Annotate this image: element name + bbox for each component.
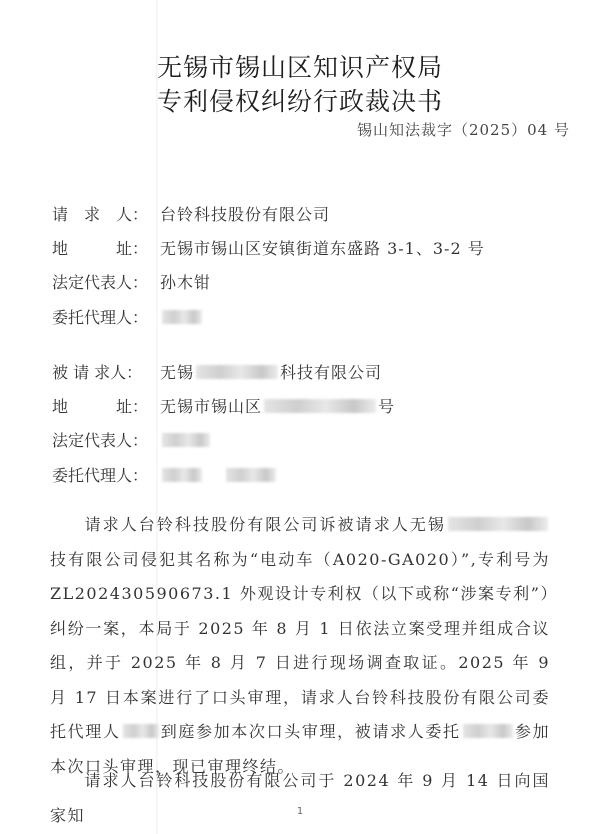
respondent-name-prefix: 无锡	[160, 363, 194, 382]
requester-address: 无锡市锡山区安镇街道东盛路 3-1、3-2 号	[160, 239, 485, 258]
requester-address-label: 地 址：	[52, 236, 160, 259]
respondent-name-row: 被 请 求人：无锡科技有限公司	[52, 360, 382, 383]
redaction-block	[448, 517, 548, 531]
page-number: 1	[0, 806, 600, 817]
case-summary-paragraph: 请求人台铃科技股份有限公司诉被请求人无锡技有限公司侵犯其名称为“电动车（A020…	[50, 508, 550, 784]
redaction-block	[162, 433, 210, 447]
requester-name: 台铃科技股份有限公司	[160, 205, 330, 224]
redaction-block	[226, 468, 276, 482]
requester-name-row: 请 求 人：台铃科技股份有限公司	[52, 202, 330, 225]
requester-legal-rep: 孙木钳	[160, 273, 211, 292]
respondent-address-label: 地 址：	[52, 394, 160, 417]
requester-agent-label: 委托代理人：	[52, 305, 160, 328]
requester-legal-rep-label: 法定代表人：	[52, 270, 160, 293]
document-title-type: 专利侵权纠纷行政裁决书	[0, 82, 600, 118]
document-title-agency: 无锡市锡山区知识产权局	[0, 48, 600, 84]
requester-address-row: 地 址：无锡市锡山区安镇街道东盛路 3-1、3-2 号	[52, 236, 485, 259]
redaction-block	[123, 724, 159, 738]
requester-name-label: 请 求 人：	[52, 202, 160, 225]
respondent-address-row: 地 址：无锡市锡山区号	[52, 394, 395, 417]
paragraph-text: 技有限公司侵犯其名称为“电动车（A020-GA020）”,专利号为 ZL2024…	[50, 550, 550, 742]
respondent-name-suffix: 科技有限公司	[280, 363, 382, 382]
redaction-block	[162, 310, 202, 324]
redaction-block	[463, 724, 513, 738]
respondent-address-prefix: 无锡市锡山区	[160, 397, 262, 416]
respondent-legal-rep-row: 法定代表人：	[52, 428, 212, 451]
paragraph-text: 请求人台铃科技股份有限公司诉被请求人无锡	[84, 515, 446, 534]
background-paragraph: 请求人台铃科技股份有限公司于 2024 年 9 月 14 日向国家知	[50, 764, 550, 833]
redaction-block	[196, 365, 278, 379]
paragraph-text: 到庭参加本次口头审理，被请求人委托	[161, 722, 461, 741]
redaction-block	[264, 399, 376, 413]
requester-legal-rep-row: 法定代表人：孙木钳	[52, 270, 211, 293]
document-number: 锡山知法裁字（2025）04 号	[357, 119, 570, 140]
requester-agent-row: 委托代理人：	[52, 305, 204, 328]
respondent-legal-rep-label: 法定代表人：	[52, 428, 160, 451]
respondent-agent-label: 委托代理人：	[52, 463, 160, 486]
respondent-name-label: 被 请 求人：	[52, 360, 160, 383]
respondent-agent-row: 委托代理人：	[52, 463, 278, 486]
redaction-block	[162, 468, 202, 482]
respondent-address-suffix: 号	[378, 397, 395, 416]
